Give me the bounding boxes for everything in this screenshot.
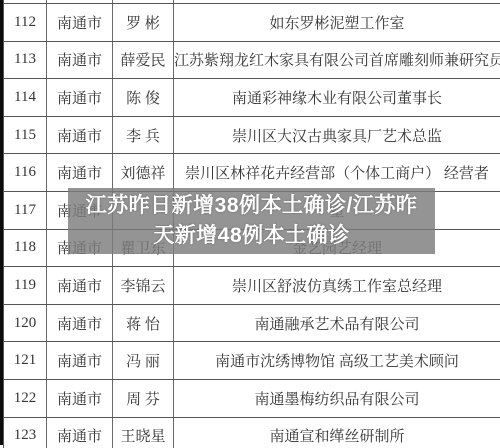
rank-cell: 117 [4,191,47,229]
org-cell: 南通彩神缘木业有限公司董事长 [174,79,500,117]
org-cell: 南通墨梅纺织品有限公司 [174,379,500,417]
table-row: 122 南通市 周 芬 南通墨梅纺织品有限公司 [4,379,500,417]
name-cell: 薛爱民 [113,41,174,79]
city-cell: 南通市 [47,79,113,117]
rank-cell: 115 [4,116,47,154]
table-row: 113 南通市 薛爱民 江苏紫翔龙红木家具有限公司首席雕刻师兼研究员 [4,41,500,79]
org-cell: 南通宣和缂丝研制所 [174,417,500,448]
city-cell: 南通市 [47,304,113,342]
rank-cell: 114 [4,79,47,117]
rank-cell: 121 [4,342,47,380]
city-cell: 南通市 [47,41,113,79]
org-cell: 如东罗彬泥塑工作室 [174,4,500,42]
caption-overlay: 江苏昨日新增38例本土确诊/江苏昨 天新增48例本土确诊 [68,188,435,254]
city-cell: 南通市 [47,379,113,417]
name-cell: 周 芬 [113,379,174,417]
org-cell: 南通融承艺术品有限公司 [174,304,500,342]
caption-line-1: 江苏昨日新增38例本土确诊/江苏昨 [86,191,418,221]
name-cell: 李锦云 [113,267,174,305]
city-cell: 南通市 [47,342,113,380]
org-cell: 南通市沈绣博物馆 高级工艺美术顾问 [174,342,500,380]
name-cell: 李 兵 [113,116,174,154]
table-row: 121 南通市 冯 丽 南通市沈绣博物馆 高级工艺美术顾问 [4,342,500,380]
name-cell: 刘德祥 [113,154,174,192]
table-row: 116 南通市 刘德祥 崇川区林祥花卉经营部（个体工商户） 经营者 [4,154,500,192]
table-row: 112 南通市 罗 彬 如东罗彬泥塑工作室 [4,4,500,42]
table-row: 114 南通市 陈 俊 南通彩神缘木业有限公司董事长 [4,79,500,117]
city-cell: 南通市 [47,267,113,305]
name-cell: 罗 彬 [113,4,174,42]
rank-cell: 122 [4,379,47,417]
city-cell: 南通市 [47,116,113,154]
name-cell: 蒋 怡 [113,304,174,342]
org-cell: 崇川区大汉古典家具厂艺术总监 [174,116,500,154]
rank-cell: 112 [4,4,47,42]
name-cell: 王晓星 [113,417,174,448]
rank-cell: 116 [4,154,47,192]
name-cell: 陈 俊 [113,79,174,117]
caption-line-2: 天新增48例本土确诊 [153,221,349,251]
city-cell: 南通市 [47,417,113,448]
table-row: 120 南通市 蒋 怡 南通融承艺术品有限公司 [4,304,500,342]
org-cell: 江苏紫翔龙红木家具有限公司首席雕刻师兼研究员 [174,41,500,79]
table-row: 119 南通市 李锦云 崇川区舒波仿真绣工作室总经理 [4,267,500,305]
org-cell: 崇川区舒波仿真绣工作室总经理 [174,267,500,305]
table-row: 115 南通市 李 兵 崇川区大汉古典家具厂艺术总监 [4,116,500,154]
rank-cell: 123 [4,417,47,448]
city-cell: 南通市 [47,154,113,192]
rank-cell: 113 [4,41,47,79]
name-cell: 冯 丽 [113,342,174,380]
rank-cell: 120 [4,304,47,342]
city-cell: 南通市 [47,4,113,42]
rank-cell: 119 [4,267,47,305]
rank-cell: 118 [4,229,47,267]
org-cell: 崇川区林祥花卉经营部（个体工商户） 经营者 [174,154,500,192]
table-row: 123 南通市 王晓星 南通宣和缂丝研制所 [4,417,500,448]
